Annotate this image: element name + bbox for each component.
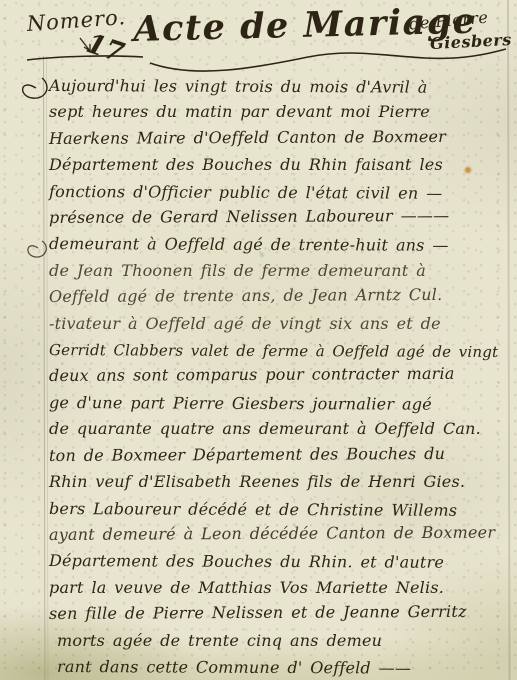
manuscript-line: sen fille de Pierre Nelissen et de Jeann… [49,599,513,628]
manuscript-line: Rhin veuf d'Elisabeth Reenes fils de Hen… [49,469,513,495]
margin-rule-line [44,56,46,680]
manuscript-line: ton de Boxmeer Département des Bouches d… [49,440,513,469]
manuscript-line: Département des Bouches du Rhin faisant … [49,152,513,178]
manuscript-line: Oeffeld agé de trente ans, de Jean Arntz… [49,282,513,311]
manuscript-line: ayant demeuré à Leon décédée Canton de B… [49,519,513,548]
title-underline-flourish [150,49,506,71]
manuscript-line: deux ans sont comparus pour contracter m… [49,361,513,390]
numero-value: 17 [82,28,127,69]
manuscript-line: ge d'une part Pierre Giesbers journalier… [49,390,513,418]
manuscript-line: part la veuve de Matthias Vos Mariette N… [49,575,513,601]
manuscript-line: -tivateur à Oeffeld agé de vingt six ans… [49,311,513,337]
manuscript-line: Aujourd'hui les vingt trois du mois d'Av… [49,73,513,101]
manuscript-page: Nomero. 17 Acte de Mariage de Pierre Gie… [0,0,517,680]
manuscript-line: sept heures du matin par devant moi Pier… [49,99,513,125]
capital-flourish [28,241,46,257]
manuscript-line: de quarante quatre ans demeurant à Oeffe… [49,416,513,442]
manuscript-body: Aujourd'hui les vingt trois du mois d'Av… [49,73,513,680]
manuscript-line: demeurant à Oeffeld agé de trente-huit a… [49,231,513,259]
manuscript-line: présence de Gerard Nelissen Laboureur ——… [49,203,513,232]
manuscript-line: morts agée de trente cinq ans demeu [57,628,513,654]
numero-label: Nomero. [26,5,127,36]
manuscript-line: de Jean Thoonen fils de ferme demeurant … [49,258,513,284]
manuscript-line: Haerkens Maire d'Oeffeld Canton de Boxme… [49,123,513,152]
capital-flourish [23,78,47,98]
title-annotation-surname: Giesbers [430,30,513,53]
margin-rule-line [47,56,49,680]
manuscript-line: Département des Bouches du Rhin. et d'au… [49,548,513,576]
manuscript-line: rant dans cette Commune d' Oeffeld —— [57,654,513,680]
